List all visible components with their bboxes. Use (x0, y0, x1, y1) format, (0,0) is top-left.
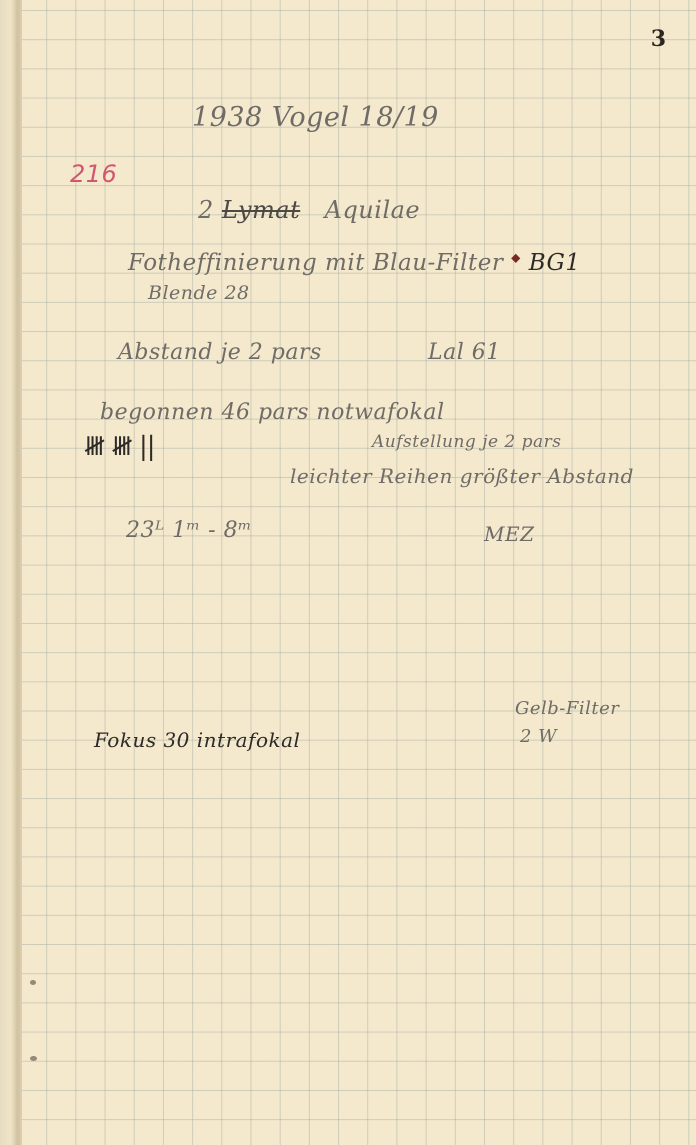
tally-marks: 𝍸 𝍸 || (84, 428, 154, 472)
photo-ref: BG1 (529, 250, 581, 276)
side-note-2: 2 W (520, 726, 557, 747)
count-line: begonnen 46 pars notwafokal (100, 400, 445, 425)
time-left: 23ᴸ 1ᵐ - 8ᵐ (126, 518, 252, 543)
notebook-page (22, 0, 696, 1145)
time-zone: MEZ (484, 522, 534, 546)
side-note-1: Gelb-Filter (515, 698, 619, 719)
page-number: 3 (651, 26, 666, 52)
note-line-2: leichter Reihen größter Abstand (290, 464, 634, 488)
species-name: Aquilae (325, 196, 421, 224)
species-line: 2 Lymat Aquilae (198, 196, 420, 224)
ink-spot (30, 1056, 37, 1061)
photo-description: Fotheffinierung mit Blau-Filter (128, 250, 503, 276)
distance-right: Lal 61 (428, 340, 501, 365)
date-heading: 1938 Vogel 18/19 (192, 102, 439, 133)
note-line-1: Aufstellung je 2 pars (372, 432, 562, 452)
distance-left: Abstand je 2 pars (118, 340, 322, 365)
ink-spot (30, 980, 36, 985)
notebook-binding (0, 0, 18, 1145)
record-number: 216 (70, 160, 117, 188)
species-count: 2 (198, 196, 214, 224)
aperture-line: Blende 28 (148, 282, 250, 304)
focus-line: Fokus 30 intrafokal (94, 728, 300, 752)
brown-mark-icon: ◆ (511, 250, 521, 264)
struck-word: Lymat (222, 196, 300, 224)
photo-line: Fotheffinierung mit Blau-Filter ◆ BG1 (128, 250, 581, 276)
